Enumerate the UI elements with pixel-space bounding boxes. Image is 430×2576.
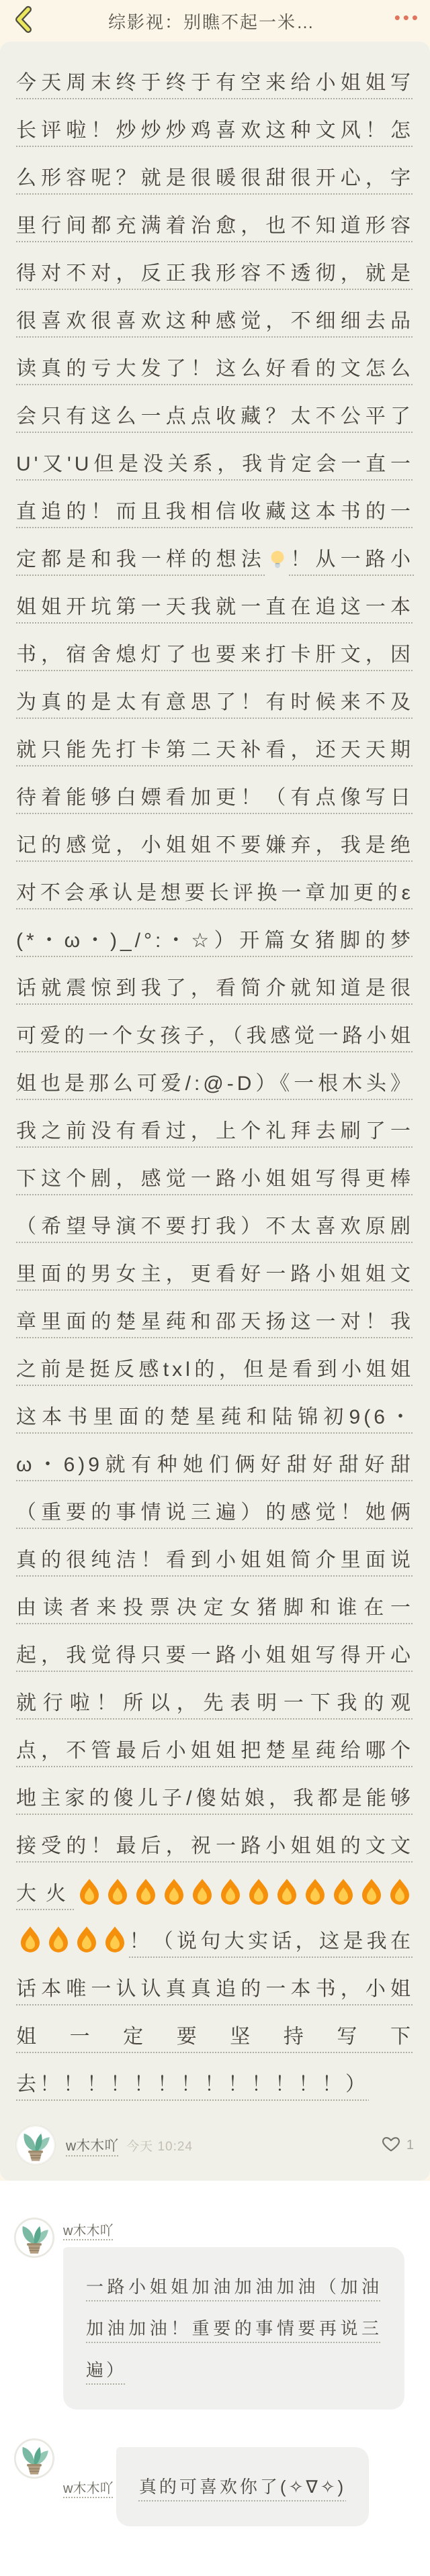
potted-plant-icon	[15, 2469, 54, 2478]
comment-main: w木木吖 真的可喜欢你了(✧∇✧)	[63, 2439, 415, 2526]
review-author-row: w木木吖 今天 10:24 1	[16, 2126, 414, 2165]
chevron-left-icon	[11, 6, 38, 36]
comment-bubble[interactable]: 一路小姐姐加油加油加油（加油加油加油！重要的事情要再说三遍）	[63, 2247, 404, 2410]
page-title: 综影视：别瞧不起一米…	[39, 9, 384, 34]
fire-emoji-icon	[103, 1877, 132, 1905]
fire-emoji-icon	[245, 1877, 273, 1905]
fire-emoji-icon	[132, 1877, 160, 1905]
comment-username[interactable]: w木木吖	[63, 2477, 113, 2497]
comment-username[interactable]: w木木吖	[63, 2220, 113, 2239]
author-username[interactable]: w木木吖	[66, 2135, 118, 2155]
review-page: 综影视：别瞧不起一米… ••• 今天周末终于终于有空来给小姐姐写长评啦！炒炒炒鸡…	[0, 0, 430, 2576]
fire-emoji-icon	[160, 1877, 188, 1905]
fire-emoji-icon	[329, 1877, 357, 1905]
fire-emoji-icon	[75, 1877, 103, 1905]
review-body-text: 今天周末终于终于有空来给小姐姐写长评啦！炒炒炒鸡喜欢这种文风！怎么形容呢？就是很…	[16, 59, 414, 2108]
fire-emoji-icon	[16, 1925, 44, 1953]
avatar[interactable]	[16, 2126, 55, 2165]
timestamp: 今天 10:24	[126, 2136, 193, 2154]
potted-plant-icon	[16, 2156, 55, 2165]
back-button[interactable]	[9, 6, 39, 36]
fire-emoji-icon	[188, 1877, 216, 1905]
comment-item: w木木吖 真的可喜欢你了(✧∇✧)	[15, 2439, 415, 2526]
ellipsis-icon: •••	[394, 7, 421, 28]
fire-emoji-icon	[273, 1877, 301, 1905]
header: 综影视：别瞧不起一米… •••	[0, 0, 430, 42]
heart-outline-icon	[381, 2134, 401, 2157]
bulb-emoji-icon	[266, 548, 289, 571]
fire-emoji-icon	[101, 1925, 129, 1953]
fire-emoji-icon	[386, 1877, 414, 1905]
like-button[interactable]: 1	[381, 2134, 414, 2157]
review-card: 今天周末终于终于有空来给小姐姐写长评啦！炒炒炒鸡喜欢这种文风！怎么形容呢？就是很…	[0, 42, 430, 2181]
avatar[interactable]	[15, 2218, 54, 2257]
fire-emoji-icon	[44, 1925, 73, 1953]
comments-section: w木木吖 一路小姐姐加油加油加油（加油加油加油！重要的事情要再说三遍）	[0, 2181, 430, 2576]
fire-emoji-icon	[73, 1925, 101, 1953]
like-count: 1	[406, 2138, 414, 2153]
comment-main: w木木吖 一路小姐姐加油加油加油（加油加油加油！重要的事情要再说三遍）	[63, 2218, 415, 2410]
more-menu-button[interactable]: •••	[384, 11, 421, 31]
fire-emoji-icon	[216, 1877, 245, 1905]
comment-bubble[interactable]: 真的可喜欢你了(✧∇✧)	[116, 2447, 369, 2526]
fire-emoji-icon	[301, 1877, 329, 1905]
avatar[interactable]	[15, 2439, 54, 2478]
fire-emoji-icon	[357, 1877, 386, 1905]
comment-item: w木木吖 一路小姐姐加油加油加油（加油加油加油！重要的事情要再说三遍）	[15, 2218, 415, 2410]
potted-plant-icon	[15, 2248, 54, 2257]
